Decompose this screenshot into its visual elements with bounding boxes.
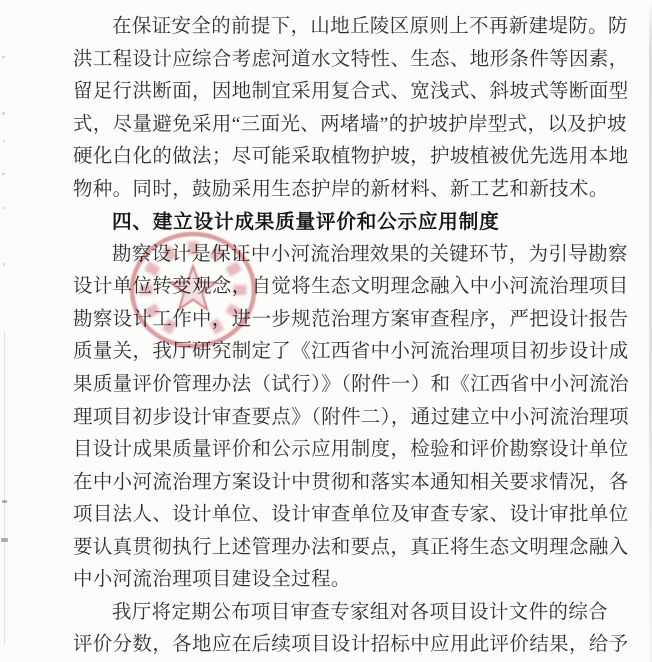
scan-speck	[2, 112, 5, 115]
text-line-17: 要认真贯彻执行上述管理办法和要点，真正将生态文明理念融入	[73, 532, 589, 565]
text-line-9: 设计单位转变观念，自觉将生态文明理念融入中小河流治理项目	[73, 271, 589, 304]
text-line-2: 洪工程设计应综合考虑河道水文特性、生态、地形条件等因素，	[73, 44, 589, 77]
text-line-8: 勘察设计是保证中小河流治理效果的关键环节，为引导勘察	[73, 239, 589, 272]
text-line-12: 果质量评价管理办法（试行）》（附件一）和《江西省中小河流治	[73, 369, 589, 402]
text-line-1: 在保证安全的前提下，山地丘陵区原则上不再新建堤防。防	[73, 11, 589, 44]
scan-speck	[2, 56, 5, 58]
text-line-20: 评价分数，各地应在后续项目设计招标中应用此评价结果，给予	[73, 629, 589, 662]
scan-speck	[2, 207, 4, 209]
scan-tick	[1, 538, 8, 542]
document-page: 在保证安全的前提下，山地丘陵区原则上不再新建堤防。防洪工程设计应综合考虑河道水文…	[0, 0, 652, 662]
scan-speck	[3, 263, 5, 266]
text-line-18: 中小河流治理项目建设全过程。	[73, 564, 589, 597]
scan-tick	[2, 500, 7, 503]
document-text-block: 在保证安全的前提下，山地丘陵区原则上不再新建堤防。防洪工程设计应综合考虑河道水文…	[73, 11, 589, 662]
text-line-19: 我厅将定期公布项目审查专家组对各项目设计文件的综合	[73, 597, 589, 630]
text-line-13: 理项目初步设计审查要点》（附件二），通过建立中小河流治理项	[73, 402, 589, 435]
scan-hairline-left	[4, 330, 5, 646]
scan-speck	[3, 140, 5, 142]
text-line-4: 式，尽量避免采用“三面光、两堵墙”的护坡护岸型式，以及护坡	[73, 109, 589, 142]
text-line-16: 项目法人、设计单位、设计审查单位及审查专家、设计审批单位	[73, 499, 589, 532]
section-heading: 四、建立设计成果质量评价和公示应用制度	[73, 206, 589, 239]
text-line-5: 硬化白化的做法；尽可能采取植物护坡，护坡植被优先选用本地	[73, 141, 589, 174]
text-line-15: 在中小河流治理方案设计中贯彻和落实本通知相关要求情况，各	[73, 467, 589, 500]
text-line-14: 目设计成果质量评价和公示应用制度，检验和评价勘察设计单位	[73, 434, 589, 467]
text-line-10: 勘察设计工作中，进一步规范治理方案审查程序，严把设计报告	[73, 304, 589, 337]
text-line-11: 质量关，我厅研究制定了《江西省中小河流治理项目初步设计成	[73, 336, 589, 369]
text-line-6: 物种。同时，鼓励采用生态护岸的新材料、新工艺和新技术。	[73, 174, 589, 207]
text-line-3: 留足行洪断面，因地制宜采用复合式、宽浅式、斜坡式等断面型	[73, 76, 589, 109]
scan-speck	[2, 173, 5, 175]
